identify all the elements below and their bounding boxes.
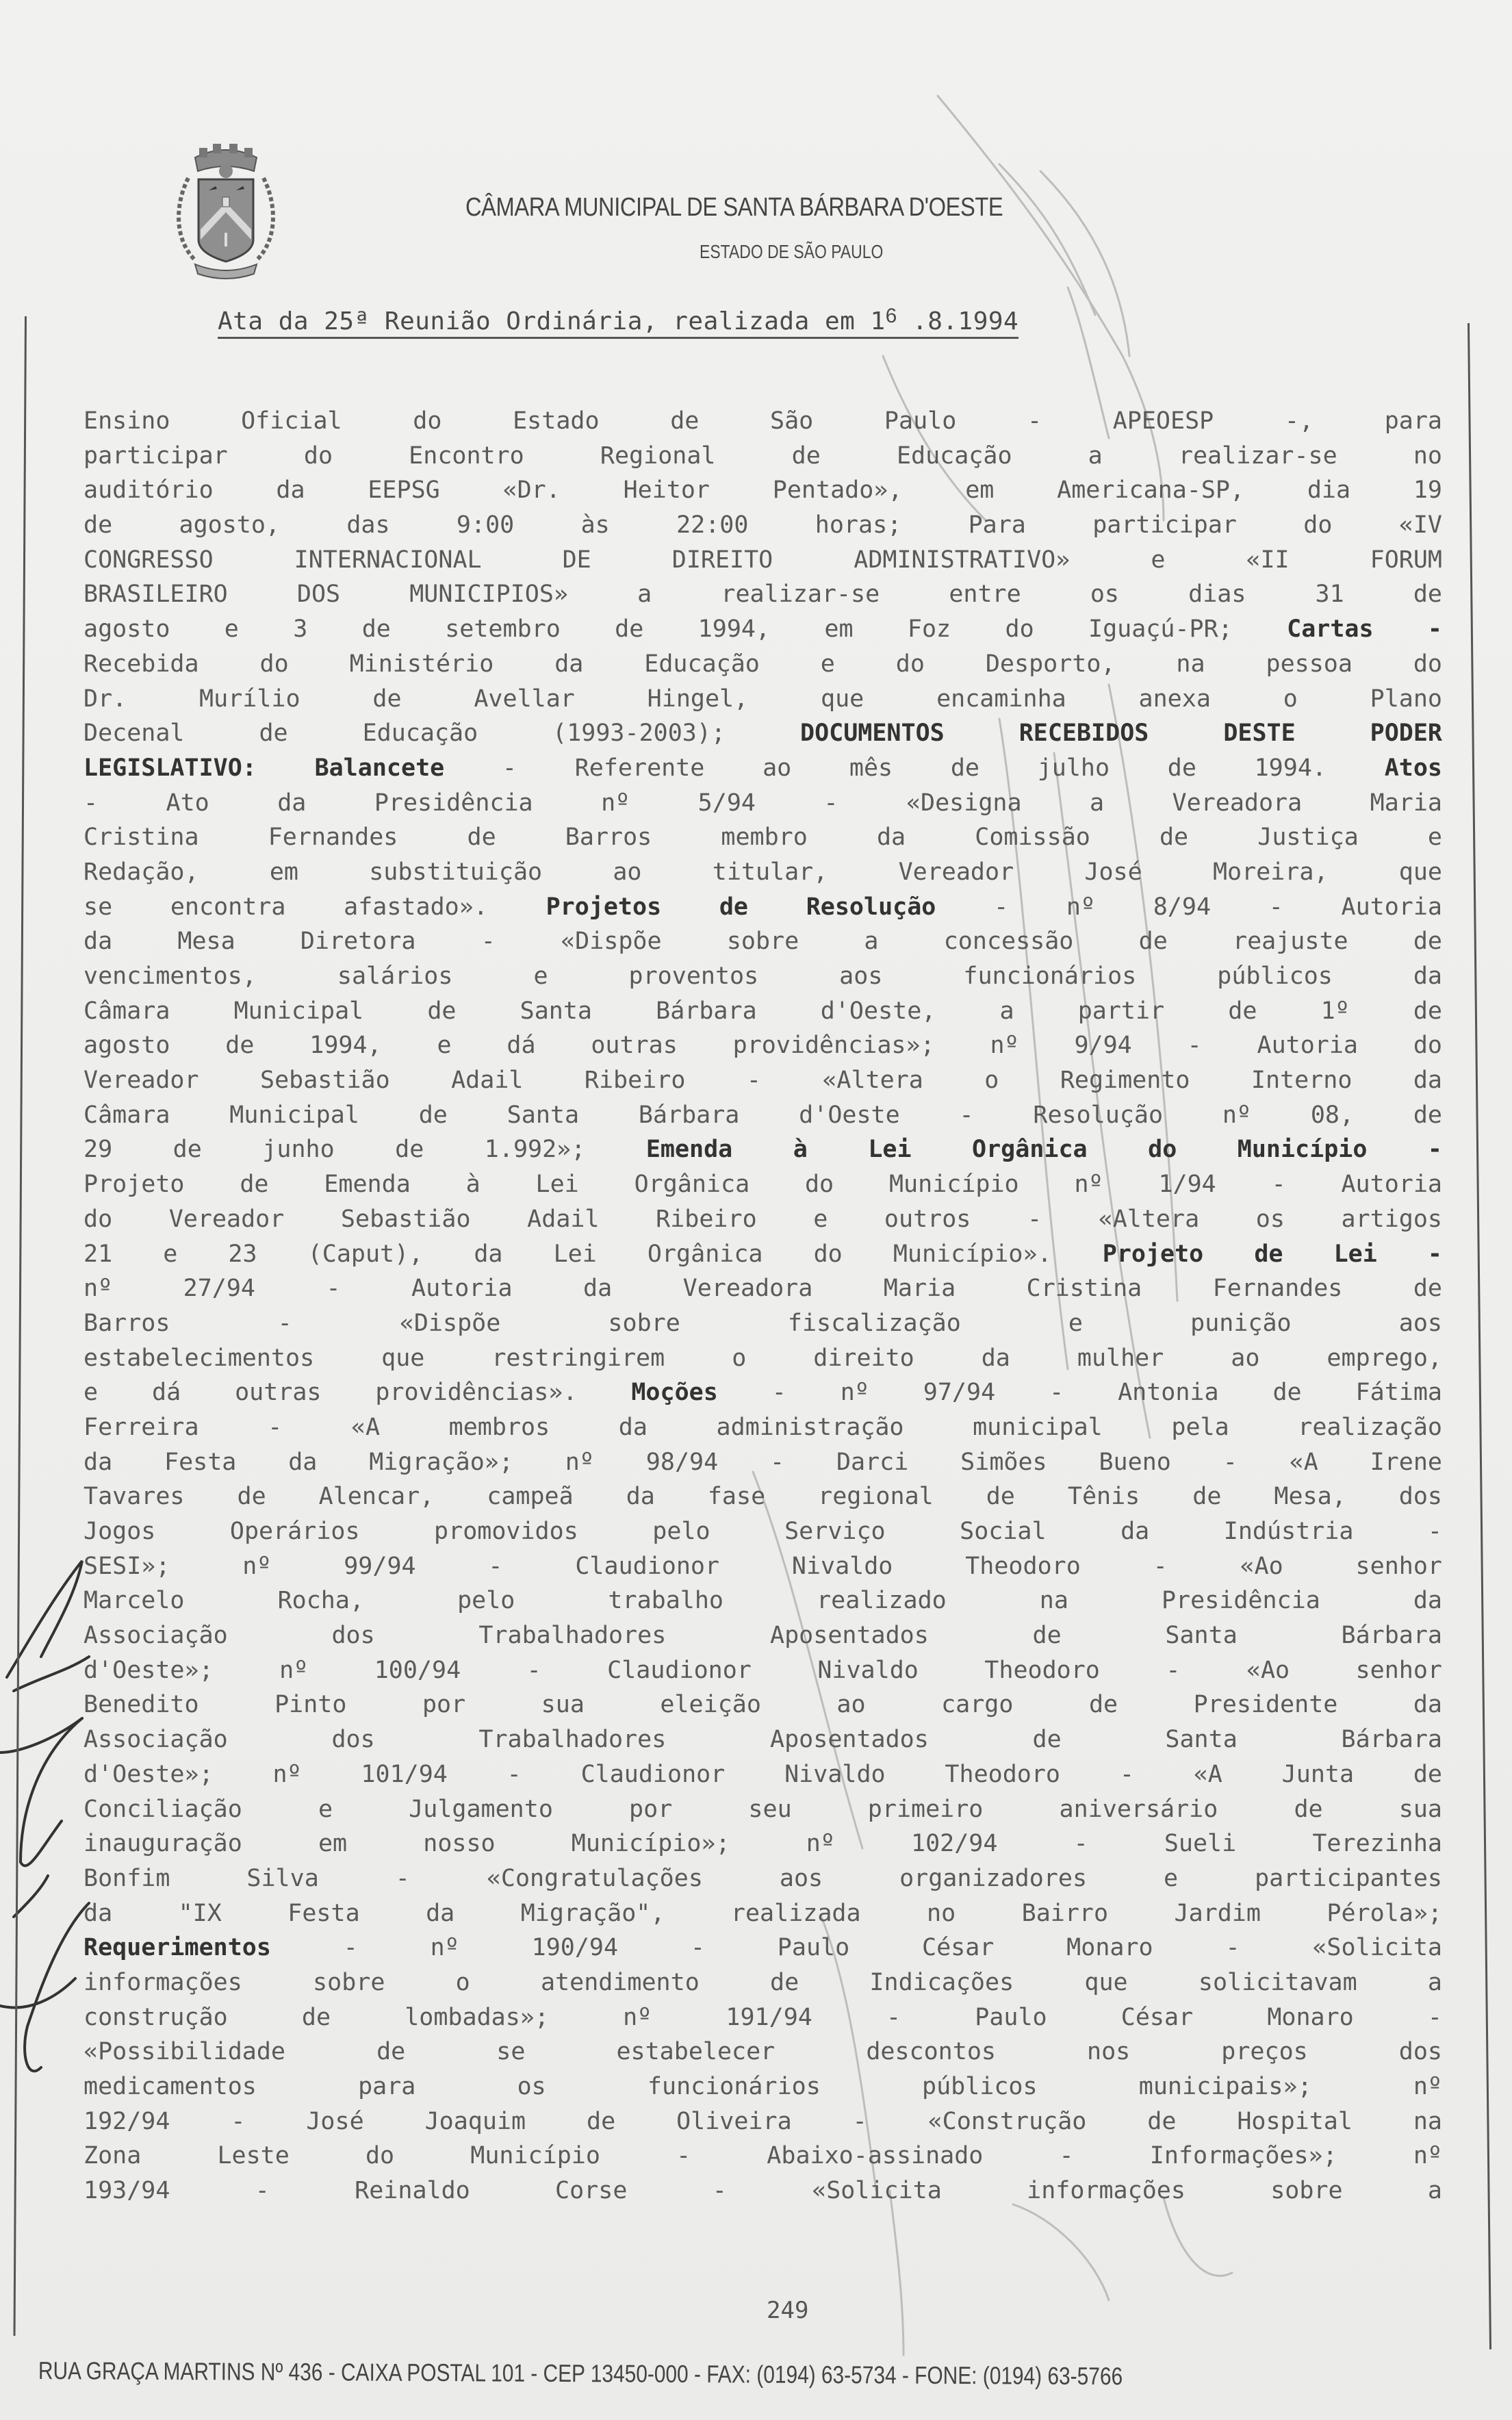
section-heading: Emenda à Lei Orgânica do Município - xyxy=(646,1136,1442,1163)
body-line: da Mesa Diretora - «Dispõe sobre a conce… xyxy=(84,924,1442,959)
section-heading: Cartas - xyxy=(1287,615,1442,643)
body-text-segment: 193/94 - Reinaldo Corse - «Solicita info… xyxy=(84,2177,1442,2204)
body-text-segment: d'Oeste»; nº 101/94 - Claudionor Nivaldo… xyxy=(84,1761,1442,1788)
body-line: Recebida do Ministério da Educação e do … xyxy=(84,647,1442,682)
body-text-segment: 29 de junho de 1.992»; xyxy=(84,1136,646,1163)
body-text-segment: 21 e 23 (Caput), da Lei Orgânica do Muni… xyxy=(84,1240,1103,1268)
body-text-segment: informações sobre o atendimento de Indic… xyxy=(84,1969,1442,1996)
body-text-segment: Redação, em substituição ao titular, Ver… xyxy=(84,858,1442,886)
body-text-segment: construção de lombadas»; nº 191/94 - Pau… xyxy=(84,2004,1442,2031)
body-text-segment: - nº 97/94 - Antonia de Fátima xyxy=(718,1379,1442,1406)
body-line: agosto e 3 de setembro de 1994, em Foz d… xyxy=(84,612,1442,647)
section-heading: Atos xyxy=(1385,754,1442,782)
body-line: CONGRESSO INTERNACIONAL DE DIREITO ADMIN… xyxy=(84,543,1442,578)
body-line: Ferreira - «A membros da administração m… xyxy=(84,1410,1442,1445)
body-text-segment: - Referente ao mês de julho de 1994. xyxy=(444,754,1384,782)
body-line: participar do Encontro Regional de Educa… xyxy=(84,439,1442,474)
coat-of-arms-icon xyxy=(168,130,284,281)
body-line: agosto de 1994, e dá outras providências… xyxy=(84,1028,1442,1063)
body-text-segment: Dr. Murílio de Avellar Hingel, que encam… xyxy=(84,685,1442,713)
title-prefix: Ata da 25ª Reunião Ordinária, realizada … xyxy=(218,307,886,335)
body-text-segment: participar do Encontro Regional de Educa… xyxy=(84,442,1442,470)
handwritten-date-digit: 6 xyxy=(886,305,897,327)
body-text-segment: da Mesa Diretora - «Dispõe sobre a conce… xyxy=(84,928,1442,955)
body-line: Redação, em substituição ao titular, Ver… xyxy=(84,855,1442,890)
body-line: 193/94 - Reinaldo Corse - «Solicita info… xyxy=(84,2174,1442,2208)
section-heading: LEGISLATIVO: Balancete xyxy=(84,754,444,782)
body-text-segment: - nº 190/94 - Paulo César Monaro - «Soli… xyxy=(271,1934,1442,1961)
body-text-segment: inauguração em nosso Município»; nº 102/… xyxy=(84,1830,1442,1857)
body-text-segment: medicamentos para os funcionários públic… xyxy=(84,2073,1442,2100)
body-line: LEGISLATIVO: Balancete - Referente ao mê… xyxy=(84,751,1442,786)
body-line: Associação dos Trabalhadores Aposentados… xyxy=(84,1722,1442,1757)
body-line: Bonfim Silva - «Congratulações aos organ… xyxy=(84,1861,1442,1896)
body-line: Tavares de Alencar, campeã da fase regio… xyxy=(84,1479,1442,1514)
body-text-segment: 192/94 - José Joaquim de Oliveira - «Con… xyxy=(84,2108,1442,2135)
body-line: Câmara Municipal de Santa Bárbara d'Oest… xyxy=(84,994,1442,1029)
body-text-segment: vencimentos, salários e proventos aos fu… xyxy=(84,963,1442,990)
body-line: da Festa da Migração»; nº 98/94 - Darci … xyxy=(84,1445,1442,1480)
body-text-segment: Ensino Oficial do Estado de São Paulo - … xyxy=(84,407,1442,435)
body-text-segment: Cristina Fernandes de Barros membro da C… xyxy=(84,824,1442,851)
body-line: Requerimentos - nº 190/94 - Paulo César … xyxy=(84,1931,1442,1965)
page-number: 249 xyxy=(767,2297,808,2324)
body-line: Vereador Sebastião Adail Ribeiro - «Alte… xyxy=(84,1063,1442,1098)
body-line: do Vereador Sebastião Adail Ribeiro e ou… xyxy=(84,1202,1442,1237)
body-text-segment: Ferreira - «A membros da administração m… xyxy=(84,1414,1442,1441)
body-text-segment: SESI»; nº 99/94 - Claudionor Nivaldo The… xyxy=(84,1553,1442,1580)
body-text-segment: Bonfim Silva - «Congratulações aos organ… xyxy=(84,1865,1442,1892)
body-line: estabelecimentos que restringirem o dire… xyxy=(84,1341,1442,1376)
body-text-segment: Câmara Municipal de Santa Bárbara d'Oest… xyxy=(84,997,1442,1025)
body-line: Benedito Pinto por sua eleição ao cargo … xyxy=(84,1687,1442,1722)
body-line: «Possibilidade de se estabelecer descont… xyxy=(84,2035,1442,2069)
minutes-title: Ata da 25ª Reunião Ordinária, realizada … xyxy=(218,307,1018,339)
body-text-segment: do Vereador Sebastião Adail Ribeiro e ou… xyxy=(84,1206,1442,1233)
body-text-segment: de agosto, das 9:00 às 22:00 horas; Para… xyxy=(84,511,1442,539)
body-text-segment: d'Oeste»; nº 100/94 - Claudionor Nivaldo… xyxy=(84,1657,1442,1684)
right-border-rule xyxy=(1468,323,1491,2349)
body-text-segment: Zona Leste do Município - Abaixo-assinad… xyxy=(84,2142,1442,2169)
body-line: Marcelo Rocha, pelo trabalho realizado n… xyxy=(84,1583,1442,1618)
organization-name: CÂMARA MUNICIPAL DE SANTA BÁRBARA D'OEST… xyxy=(465,193,1003,222)
body-line: SESI»; nº 99/94 - Claudionor Nivaldo The… xyxy=(84,1549,1442,1584)
left-border-rule xyxy=(14,316,27,2336)
body-text-segment: estabelecimentos que restringirem o dire… xyxy=(84,1345,1442,1372)
body-text-segment: Conciliação e Julgamento por seu primeir… xyxy=(84,1796,1442,1823)
minutes-body-text: Ensino Oficial do Estado de São Paulo - … xyxy=(84,404,1442,2208)
scanned-page: CÂMARA MUNICIPAL DE SANTA BÁRBARA D'OEST… xyxy=(0,0,1512,2420)
body-line: - Ato da Presidência nº 5/94 - «Designa … xyxy=(84,786,1442,821)
body-line: Barros - «Dispõe sobre fiscalização e pu… xyxy=(84,1306,1442,1341)
footer-address: RUA GRAÇA MARTINS Nº 436 - CAIXA POSTAL … xyxy=(38,2356,1123,2391)
body-line: da "IX Festa da Migração", realizada no … xyxy=(84,1896,1442,1931)
section-heading: Moções xyxy=(631,1379,717,1406)
body-line: Cristina Fernandes de Barros membro da C… xyxy=(84,820,1442,855)
body-text-segment: Recebida do Ministério da Educação e do … xyxy=(84,650,1442,678)
body-line: medicamentos para os funcionários públic… xyxy=(84,2069,1442,2104)
body-text-segment: se encontra afastado». xyxy=(84,893,546,921)
body-text-segment: Câmara Municipal de Santa Bárbara d'Oest… xyxy=(84,1101,1442,1129)
section-heading: Projetos de Resolução xyxy=(546,893,936,921)
body-text-segment: da "IX Festa da Migração", realizada no … xyxy=(84,1900,1442,1927)
body-line: e dá outras providências». Moções - nº 9… xyxy=(84,1375,1442,1410)
body-line: Projeto de Emenda à Lei Orgânica do Muni… xyxy=(84,1167,1442,1202)
body-line: se encontra afastado». Projetos de Resol… xyxy=(84,890,1442,925)
body-line: inauguração em nosso Município»; nº 102/… xyxy=(84,1826,1442,1861)
body-text-segment: Decenal de Educação (1993-2003); xyxy=(84,719,800,747)
body-line: auditório da EEPSG «Dr. Heitor Pentado»,… xyxy=(84,473,1442,508)
body-text-segment: agosto e 3 de setembro de 1994, em Foz d… xyxy=(84,615,1287,643)
body-line: construção de lombadas»; nº 191/94 - Pau… xyxy=(84,2000,1442,2035)
body-text-segment: Marcelo Rocha, pelo trabalho realizado n… xyxy=(84,1587,1442,1614)
body-line: d'Oeste»; nº 100/94 - Claudionor Nivaldo… xyxy=(84,1653,1442,1688)
state-name: ESTADO DE SÃO PAULO xyxy=(700,241,883,263)
body-line: vencimentos, salários e proventos aos fu… xyxy=(84,959,1442,994)
body-line: Jogos Operários promovidos pelo Serviço … xyxy=(84,1514,1442,1549)
body-line: Associação dos Trabalhadores Aposentados… xyxy=(84,1618,1442,1653)
body-text-segment: Jogos Operários promovidos pelo Serviço … xyxy=(84,1518,1442,1545)
body-text-segment: CONGRESSO INTERNACIONAL DE DIREITO ADMIN… xyxy=(84,546,1442,574)
body-line: 192/94 - José Joaquim de Oliveira - «Con… xyxy=(84,2104,1442,2139)
body-line: de agosto, das 9:00 às 22:00 horas; Para… xyxy=(84,508,1442,543)
section-heading: Projeto de Lei - xyxy=(1103,1240,1442,1268)
title-suffix: .8.1994 xyxy=(897,307,1018,335)
body-text-segment: Barros - «Dispõe sobre fiscalização e pu… xyxy=(84,1310,1442,1337)
body-line: Decenal de Educação (1993-2003); DOCUMEN… xyxy=(84,716,1442,751)
body-text-segment: Associação dos Trabalhadores Aposentados… xyxy=(84,1622,1442,1649)
section-heading: Requerimentos xyxy=(84,1934,271,1961)
body-text-segment: e dá outras providências». xyxy=(84,1379,631,1406)
body-text-segment: Tavares de Alencar, campeã da fase regio… xyxy=(84,1483,1442,1510)
body-line: Ensino Oficial do Estado de São Paulo - … xyxy=(84,404,1442,439)
body-text-segment: - nº 8/94 - Autoria xyxy=(936,893,1442,921)
body-text-segment: Associação dos Trabalhadores Aposentados… xyxy=(84,1726,1442,1753)
body-line: 21 e 23 (Caput), da Lei Orgânica do Muni… xyxy=(84,1237,1442,1272)
body-line: Zona Leste do Município - Abaixo-assinad… xyxy=(84,2139,1442,2174)
body-text-segment: da Festa da Migração»; nº 98/94 - Darci … xyxy=(84,1449,1442,1476)
body-text-segment: Benedito Pinto por sua eleição ao cargo … xyxy=(84,1691,1442,1718)
body-text-segment: «Possibilidade de se estabelecer descont… xyxy=(84,2038,1442,2065)
body-line: nº 27/94 - Autoria da Vereadora Maria Cr… xyxy=(84,1271,1442,1306)
body-text-segment: Vereador Sebastião Adail Ribeiro - «Alte… xyxy=(84,1067,1442,1094)
body-text-segment: Projeto de Emenda à Lei Orgânica do Muni… xyxy=(84,1171,1442,1198)
section-heading: DOCUMENTOS RECEBIDOS DESTE PODER xyxy=(800,719,1442,747)
body-text-segment: auditório da EEPSG «Dr. Heitor Pentado»,… xyxy=(84,476,1442,504)
body-text-segment: - Ato da Presidência nº 5/94 - «Designa … xyxy=(84,789,1442,817)
body-line: 29 de junho de 1.992»; Emenda à Lei Orgâ… xyxy=(84,1132,1442,1167)
body-line: BRASILEIRO DOS MUNICIPIOS» a realizar-se… xyxy=(84,577,1442,612)
body-text-segment: agosto de 1994, e dá outras providências… xyxy=(84,1032,1442,1059)
body-text-segment: BRASILEIRO DOS MUNICIPIOS» a realizar-se… xyxy=(84,581,1442,608)
body-line: Câmara Municipal de Santa Bárbara d'Oest… xyxy=(84,1098,1442,1133)
body-line: Conciliação e Julgamento por seu primeir… xyxy=(84,1792,1442,1827)
body-line: Dr. Murílio de Avellar Hingel, que encam… xyxy=(84,682,1442,717)
body-text-segment: nº 27/94 - Autoria da Vereadora Maria Cr… xyxy=(84,1275,1442,1302)
body-line: d'Oeste»; nº 101/94 - Claudionor Nivaldo… xyxy=(84,1757,1442,1792)
body-line: informações sobre o atendimento de Indic… xyxy=(84,1965,1442,2000)
